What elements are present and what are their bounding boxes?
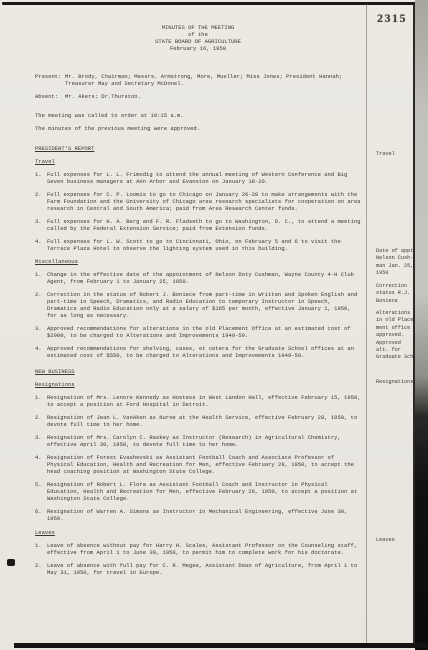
item-text: Correction in the status of Robert J. Bo… (47, 291, 361, 319)
item-number: 1. (35, 394, 47, 408)
title-line-1: MINUTES OF THE MEETING (35, 24, 361, 31)
item-text: Full expenses for L. W. Scott to go to C… (47, 238, 361, 252)
scan-edge-bottom (14, 643, 428, 648)
item-number: 1. (35, 542, 47, 556)
present-label: Present: (35, 73, 65, 87)
present-text: Mr. Brody, Chairman; Messrs. Armstrong, … (65, 73, 361, 87)
misc-item-4: 4. Approved recommendations for shelving… (35, 345, 361, 359)
document-body: MINUTES OF THE MEETING of the STATE BOAR… (35, 24, 361, 582)
travel-item-1: 1. Full expenses for L. L. Frimodig to a… (35, 171, 361, 185)
item-text: Approved recommendations for shelving, c… (47, 345, 361, 359)
misc-item-2: 2. Correction in the status of Robert J.… (35, 291, 361, 319)
item-number: 2. (35, 414, 47, 428)
travel-item-2: 2. Full expenses for C. P. Loomis to go … (35, 191, 361, 212)
binding-edge-strip (415, 0, 428, 650)
misc-item-3: 3. Approved recommendations for alterati… (35, 325, 361, 339)
item-number: 1. (35, 271, 47, 285)
absent-label: Absent: (35, 93, 65, 100)
item-number: 2. (35, 191, 47, 212)
item-number: 1. (35, 171, 47, 185)
misc-item-1: 1. Change in the effective date of the a… (35, 271, 361, 285)
item-text: Approved recommendations for alterations… (47, 325, 361, 339)
resignation-item-6: 6. Resignation of Warren A. Simons as In… (35, 508, 361, 522)
item-number: 4. (35, 454, 47, 475)
item-text: Change in the effective date of the appo… (47, 271, 361, 285)
item-text: Resignation of Mrs. Lenore Kennedy as Ho… (47, 394, 361, 408)
travel-item-4: 4. Full expenses for L. W. Scott to go t… (35, 238, 361, 252)
item-number: 3. (35, 434, 47, 448)
presidents-report-heading: PRESIDENT'S REPORT (35, 145, 361, 152)
item-text: Leave of absence without pay for Harry H… (47, 542, 361, 556)
item-text: Full expenses for C. P. Loomis to go to … (47, 191, 361, 212)
resignation-item-5: 5. Resignation of Robert L. Flora as Ass… (35, 481, 361, 502)
item-number: 3. (35, 218, 47, 232)
travel-item-3: 3. Full expenses for H. A. Berg and F. R… (35, 218, 361, 232)
item-number: 5. (35, 481, 47, 502)
leave-item-1: 1. Leave of absence without pay for Harr… (35, 542, 361, 556)
item-text: Resignation of Warren A. Simons as Instr… (47, 508, 361, 522)
scan-edge-top (2, 2, 426, 5)
called-to-order-text: The meeting was called to order at 10:15… (35, 112, 361, 119)
title-line-2: of the (35, 31, 361, 38)
item-text: Resignation of Robert L. Flora as Assist… (47, 481, 361, 502)
item-text: Resignation of Jean L. VanAken as Nurse … (47, 414, 361, 428)
title-line-3: STATE BOARD OF AGRICULTURE (35, 38, 361, 45)
new-business-heading: NEW BUSINESS (35, 368, 361, 375)
absent-text: Mr. Akers; Dr.Thurston. (65, 93, 361, 100)
resignations-heading: Resignations (35, 381, 361, 388)
item-text: Full expenses for L. L. Frimodig to atte… (47, 171, 361, 185)
item-number: 4. (35, 345, 47, 359)
leave-item-2: 2. Leave of absence with full pay for C.… (35, 562, 361, 576)
item-number: 4. (35, 238, 47, 252)
item-text: Resignation of Mrs. Carolyn C. Raskey as… (47, 434, 361, 448)
absent-row: Absent: Mr. Akers; Dr.Thurston. (35, 93, 361, 100)
item-number: 2. (35, 291, 47, 319)
item-text: Full expenses for H. A. Berg and F. R. F… (47, 218, 361, 232)
present-row: Present: Mr. Brody, Chairman; Messrs. Ar… (35, 73, 361, 87)
ink-blot-artifact (7, 559, 15, 566)
leaves-heading: Leaves (35, 529, 361, 536)
page-number-stamp: 2315 (377, 11, 407, 26)
resignation-item-4: 4. Resignation of Forest Evashevski as A… (35, 454, 361, 475)
document-title: MINUTES OF THE MEETING of the STATE BOAR… (35, 24, 361, 52)
travel-heading: Travel (35, 158, 361, 165)
resignation-item-3: 3. Resignation of Mrs. Carolyn C. Raskey… (35, 434, 361, 448)
item-text: Resignation of Forest Evashevski as Assi… (47, 454, 361, 475)
minutes-approved-text: The minutes of the previous meeting were… (35, 125, 361, 132)
item-text: Leave of absence with full pay for C. R.… (47, 562, 361, 576)
page-fold-line (366, 4, 367, 644)
item-number: 2. (35, 562, 47, 576)
resignation-item-1: 1. Resignation of Mrs. Lenore Kennedy as… (35, 394, 361, 408)
item-number: 3. (35, 325, 47, 339)
item-number: 6. (35, 508, 47, 522)
resignation-item-2: 2. Resignation of Jean L. VanAken as Nur… (35, 414, 361, 428)
title-line-4: February 16, 1950 (35, 45, 361, 52)
miscellaneous-heading: Miscellaneous (35, 258, 361, 265)
scanned-minutes-page: 2315 MINUTES OF THE MEETING of the STATE… (0, 0, 428, 650)
